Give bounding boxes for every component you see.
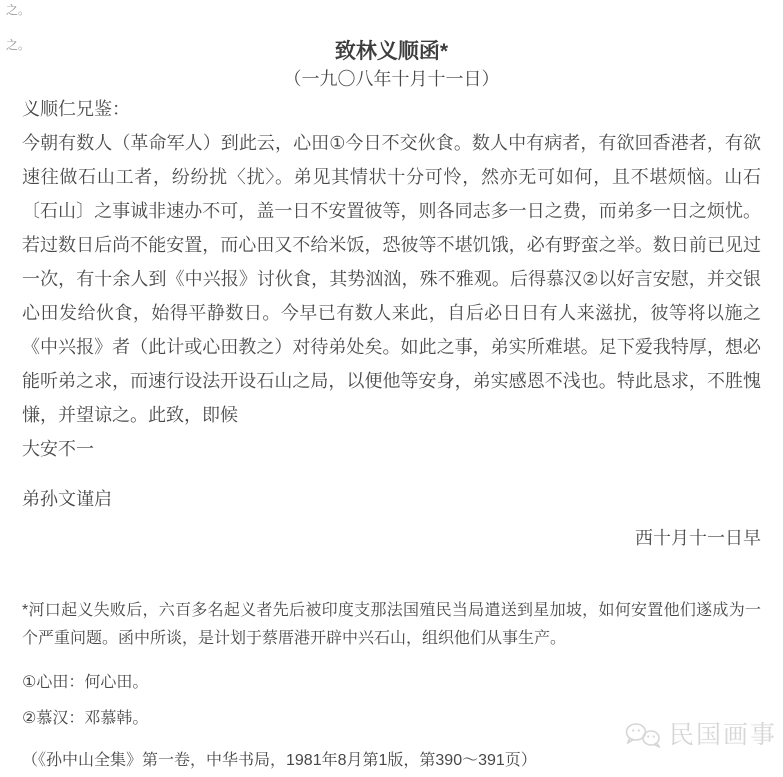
signature-date: 西十月十一日早 bbox=[22, 521, 761, 555]
letter-title: 致林义顺函* bbox=[22, 38, 761, 66]
closing-phrase: 大安不一 bbox=[22, 432, 761, 466]
signature-line: 弟孙文谨启 bbox=[22, 482, 761, 516]
watermark-text: 民国画事 bbox=[669, 718, 777, 752]
salutation: 义顺仁兄鉴： bbox=[22, 92, 761, 126]
wechat-icon bbox=[623, 719, 663, 751]
stray-text-fragment: 之。 bbox=[6, 38, 30, 52]
watermark: 民国画事 bbox=[623, 718, 777, 752]
footnote-star: *河口起义失败后，六百多名起义者先后被印度支那法国殖民当局遣送到星加坡，如何安置… bbox=[22, 597, 761, 653]
footnote-1: ①心田：何心田。 bbox=[22, 669, 761, 697]
letter-date-subtitle: （一九〇八年十月十一日） bbox=[22, 66, 761, 92]
letter-document-page: 之。 之。 致林义顺函* （一九〇八年十月十一日） 义顺仁兄鉴： 今朝有数人（革… bbox=[0, 0, 783, 777]
letter-content: 致林义顺函* （一九〇八年十月十一日） 义顺仁兄鉴： 今朝有数人（革命军人）到此… bbox=[0, 0, 783, 775]
letter-body: 今朝有数人（革命军人）到此云，心田①今日不交伙食。数人中有病者，有欲回香港者，有… bbox=[22, 126, 761, 432]
stray-text-fragment: 之。 bbox=[6, 3, 30, 17]
